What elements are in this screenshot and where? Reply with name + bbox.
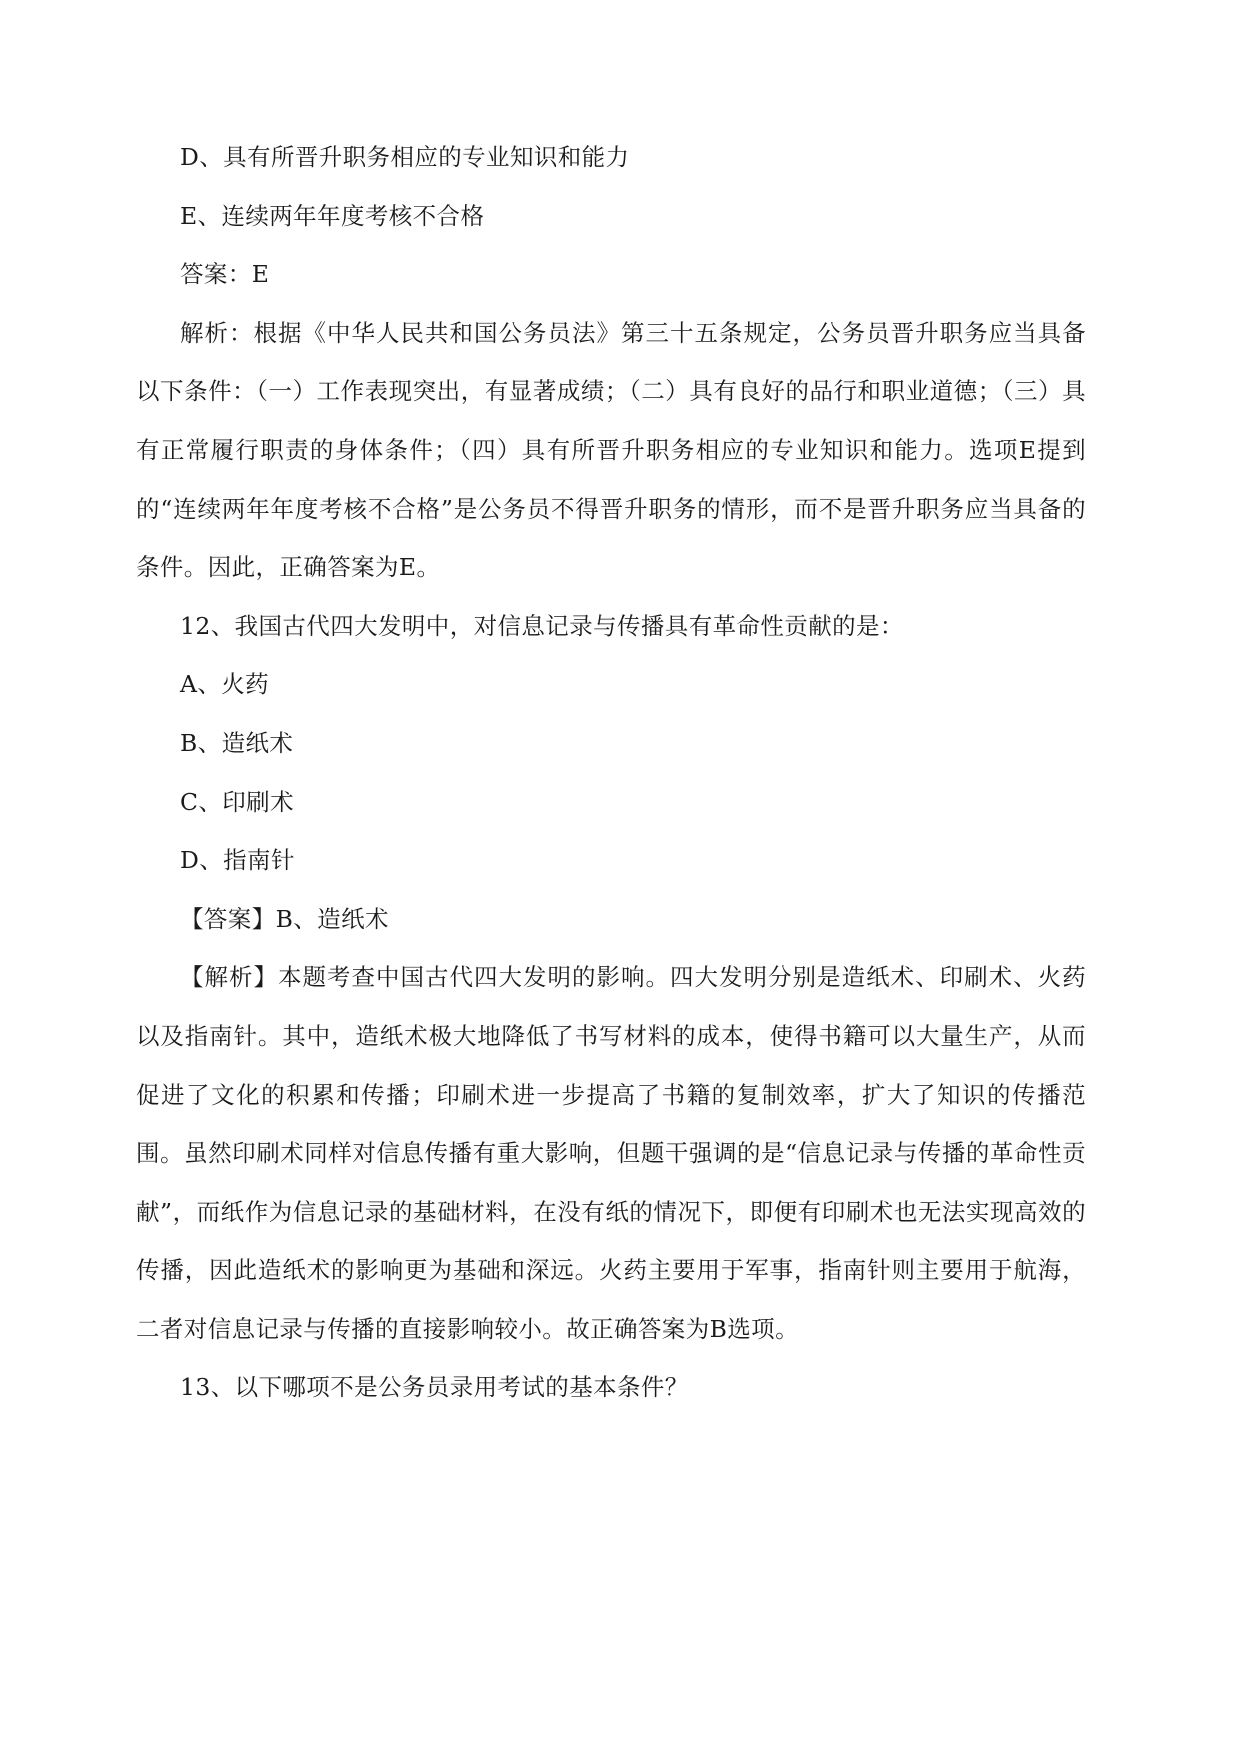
document-page: D、具有所晋升职务相应的专业知识和能力 E、连续两年年度考核不合格 答案：E 解… [136, 128, 1086, 1417]
q11-option-e: E、连续两年年度考核不合格 [136, 187, 1086, 246]
q11-answer: 答案：E [136, 245, 1086, 304]
q12-analysis: 【解析】本题考查中国古代四大发明的影响。四大发明分别是造纸术、印刷术、火药以及指… [136, 948, 1086, 1358]
q11-option-d: D、具有所晋升职务相应的专业知识和能力 [136, 128, 1086, 187]
q12-option-a: A、火药 [136, 655, 1086, 714]
q12-question: 12、我国古代四大发明中，对信息记录与传播具有革命性贡献的是： [136, 597, 1086, 656]
q11-analysis: 解析：根据《中华人民共和国公务员法》第三十五条规定，公务员晋升职务应当具备以下条… [136, 304, 1086, 597]
q12-answer: 【答案】B、造纸术 [136, 890, 1086, 949]
q12-option-d: D、指南针 [136, 831, 1086, 890]
q13-question: 13、以下哪项不是公务员录用考试的基本条件？ [136, 1358, 1086, 1417]
q12-option-c: C、印刷术 [136, 773, 1086, 832]
q12-option-b: B、造纸术 [136, 714, 1086, 773]
